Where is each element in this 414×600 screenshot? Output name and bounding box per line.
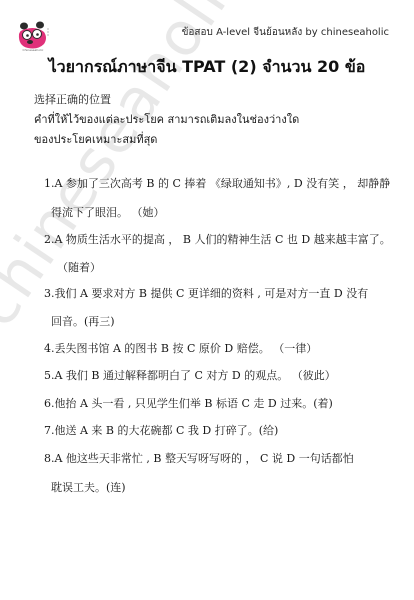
instructions: 选择正确的位置 คำที่ให้ไว้ของแต่ละประโยค สามารถ… xyxy=(34,90,299,150)
instruction-thai-line-2: ของประโยคเหมาะสมที่สุด xyxy=(34,130,299,150)
question-3-line-1: 3.我们 A 要求对方 B 提供 C 更详细的资料 , 可是对方一直 D 没有 xyxy=(44,287,368,301)
chineseaholic-logo-icon xyxy=(16,20,50,50)
instruction-thai-line-1: คำที่ให้ไว้ของแต่ละประโยค สามารถเติมลงใน… xyxy=(34,110,299,130)
question-1-line-1: 1.A 参加了三次高考 B 的 C 捧着 《绿取通知书》, D 没有笑 ， 却静… xyxy=(44,177,390,191)
question-2-line-1: 2.A 物质生活水平的提高 ， B 人们的精神生活 C 也 D 越来越丰富了。 xyxy=(44,233,391,247)
question-8-line-1: 8.A 他这些天非常忙 , B 整天写呀写呀的 ， C 说 D 一句话都怕 xyxy=(44,452,354,466)
question-7-line-1: 7.他送 A 来 B 的大花碗都 C 我 D 打碎了。(给) xyxy=(44,424,278,438)
question-2-line-2: （随着） xyxy=(57,261,101,275)
question-4-line-1: 4.丢失图书馆 A 的图书 B 按 C 原价 D 赔偿。 （一律） xyxy=(44,342,317,356)
logo-caption: Chineseaholic xyxy=(16,48,50,52)
question-3-line-2: 回音。(再三) xyxy=(51,315,115,329)
page-title: ไวยากรณ์ภาษาจีน TPAT (2) จำนวน 20 ข้อ xyxy=(0,55,414,80)
instruction-chinese: 选择正确的位置 xyxy=(34,90,299,110)
question-6-line-1: 6.他抬 A 头一看 , 只见学生们举 B 标语 C 走 D 过来。(着) xyxy=(44,397,333,411)
question-8-line-2: 耽误工夫。(连) xyxy=(51,481,126,495)
source-header: ข้อสอบ A-level จีนย้อนหลัง by chineseaho… xyxy=(182,25,389,40)
document-page: chineseaholic.com Chineseaholic ข้อสอบ A… xyxy=(0,0,414,600)
question-1-line-2: 得流下了眼泪。 （她） xyxy=(51,206,165,220)
question-5-line-1: 5.A 我们 B 通过解释都明白了 C 对方 D 的观点。 （彼此） xyxy=(44,369,336,383)
